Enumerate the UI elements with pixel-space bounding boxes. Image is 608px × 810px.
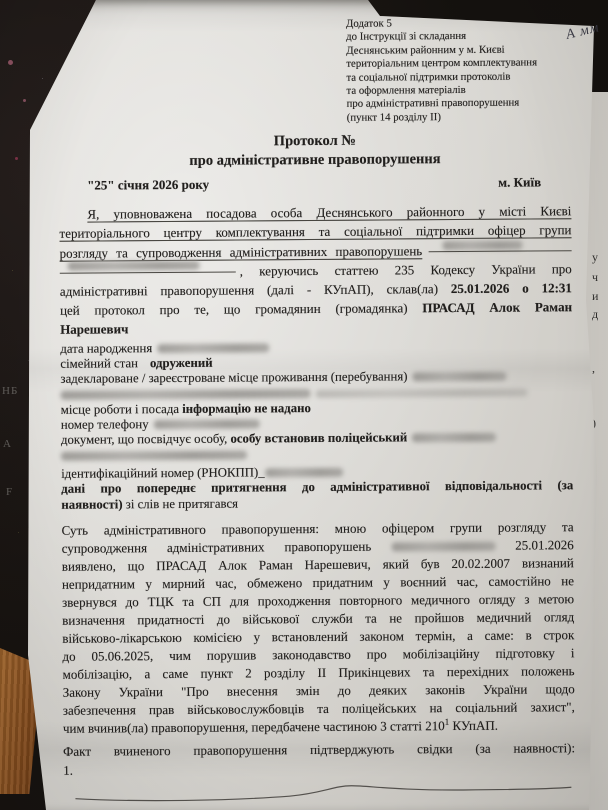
work-label: місце роботи і посада xyxy=(61,402,179,417)
intro-line-7: Нарешевич xyxy=(60,317,572,340)
marital-label: сімейний стан xyxy=(60,356,138,371)
blank-field xyxy=(60,275,240,276)
prior-offenses-label-2: наявності) xyxy=(61,497,122,511)
redacted-text xyxy=(442,240,522,250)
background-letter: F xyxy=(6,486,13,498)
redacted-text xyxy=(157,343,269,353)
prior-offenses-value: зі слів не притягався xyxy=(126,496,238,511)
marital-value: одружений xyxy=(150,356,213,370)
blank-field xyxy=(428,254,571,255)
underlying-page-letter: у xyxy=(592,250,598,265)
redacted-text xyxy=(316,388,528,397)
background-speckles xyxy=(8,60,13,65)
witnesses-section: Факт вчиненого правопорушення підтверджу… xyxy=(63,739,575,806)
form-header-note-line: територіальним центром комплектування xyxy=(346,56,570,71)
intro-line-6-text: цей протокол про те, що громадянин (гром… xyxy=(60,301,408,318)
redacted-text xyxy=(412,372,506,382)
id-document-label: документ, що посвідчує особу xyxy=(61,432,224,447)
essence-line-2-text: супроводження адміністративних правопору… xyxy=(62,539,372,556)
personal-details: дата народження сімейний станодружений з… xyxy=(60,338,573,513)
blank-rule-line xyxy=(71,778,573,806)
phone-label: номер телефону xyxy=(61,417,149,432)
protocol-date: "25" січня 2026 року xyxy=(87,177,209,194)
background-letter: НБ xyxy=(2,385,18,397)
underlying-page-letter: , xyxy=(592,361,595,376)
prior-offenses-label: дані про попереднє притягнення до адміні… xyxy=(61,479,573,497)
redacted-text xyxy=(154,420,260,430)
intro-line-5-text: адміністративні правопорушення (далі - К… xyxy=(60,281,438,299)
protocol-subtitle: про адміністративне правопорушення xyxy=(59,149,571,172)
id-document-redacted-line xyxy=(61,445,573,464)
essence-line-11: забезпечення прав військовослужбовців та… xyxy=(63,698,575,720)
intro-line-4-text: , керуючись статтею 235 Кодексу України … xyxy=(240,259,572,281)
photo-of-document: НБ А F у ч и д , ) Додаток 5 до Інструкц… xyxy=(0,0,608,810)
redacted-text xyxy=(412,433,496,443)
date-city-line: "25" січня 2026 року м. Київ xyxy=(59,174,571,194)
form-header-note: Додаток 5 до Інструкції зі складання Дес… xyxy=(346,16,571,125)
essence-line-12: чим вчинив(ла) правопорушення, передбаче… xyxy=(63,716,575,738)
residence-label: задеклароване / зареєстроване місце прож… xyxy=(60,370,407,386)
id-document-value: особу встановив поліцейський xyxy=(230,431,407,446)
tax-number-label: ідентифікаційний номер (РНОКПП)_ xyxy=(61,465,265,480)
essence-line-12-tail: КУпАП. xyxy=(449,718,498,733)
redacted-text xyxy=(391,542,495,552)
document-paper: Додаток 5 до Інструкції зі складання Дес… xyxy=(0,0,608,810)
redacted-text xyxy=(61,389,311,400)
witness-item-number: 1. xyxy=(63,758,575,780)
citizen-name: ПРАСАД Алок Раман xyxy=(422,299,572,315)
discovery-date: 25.01.2026 xyxy=(515,537,574,552)
redacted-text xyxy=(68,261,200,271)
underlying-page-letter: ч xyxy=(592,270,598,285)
protocol-datetime: 25.01.2026 о 12:31 xyxy=(451,280,572,296)
redacted-text xyxy=(61,450,247,460)
underlying-page-letter: д xyxy=(592,307,598,322)
witnesses-heading: Факт вчиненого правопорушення підтверджу… xyxy=(63,739,575,761)
protocol-title-block: Протокол № про адміністративне правопору… xyxy=(59,130,571,172)
work-value: інформацію не надано xyxy=(182,401,311,416)
intro-paragraph: Я, уповноважена посадова особа Деснянськ… xyxy=(59,201,572,339)
background-letter: А xyxy=(3,438,12,450)
essence-line-12-text: чим вчинив(ла) правопорушення, передбаче… xyxy=(63,718,445,736)
protocol-city: м. Київ xyxy=(498,175,541,191)
offense-essence-paragraph: Суть адміністративного правопорушення: м… xyxy=(62,518,575,738)
intro-line-3-text: розгляду та супроводження адміністративн… xyxy=(60,241,423,263)
underlying-page-letter: и xyxy=(592,289,598,304)
dob-label: дата народження xyxy=(60,341,152,356)
intro-line-2-text: територіального центру комплектування та… xyxy=(59,223,571,242)
citizen-patronymic: Нарешевич xyxy=(60,322,128,337)
redacted-text xyxy=(265,468,343,478)
form-header-note-line: (пункт 14 розділу ІІ) xyxy=(347,110,571,125)
prior-offenses-line-2: наявності) зі слів не притягався xyxy=(61,494,573,513)
document-content: Додаток 5 до Інструкції зі складання Дес… xyxy=(58,16,575,805)
intro-line-1-text: Я, уповноважена посадова особа Деснянськ… xyxy=(87,203,571,221)
